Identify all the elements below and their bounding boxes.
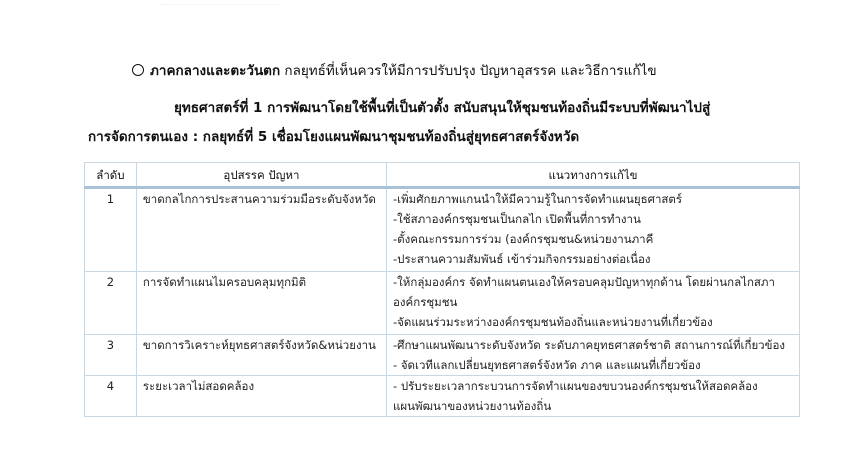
hollow-circle-bullet-icon xyxy=(132,64,144,76)
strategy-title-line-1: ยุทธศาสตร์ที่ 1 การพัฒนาโดยใช้พื้นที่เป็… xyxy=(174,99,710,117)
table-row: 1 ขาดกลไกการประสานความร่วมมือระดับจังหวั… xyxy=(85,188,800,272)
solution-line: -ให้กลุ่มองค์กร จัดทำแผนตนเองให้ครอบคลุม… xyxy=(393,272,793,292)
row-problem: ระยะเวลาไม่สอดคล้อง xyxy=(136,376,386,417)
table-header-row: ลำดับ อุปสรรค ปัญหา แนวทางการแก้ไข xyxy=(85,163,800,188)
row-number: 1 xyxy=(85,188,137,272)
row-problem: ขาดกลไกการประสานความร่วมมือระดับจังหวัด xyxy=(136,188,386,272)
solution-line: แผนพัฒนาของหน่วยงานท้องถิ่น xyxy=(393,396,793,416)
solution-line: องค์กรชุมชน xyxy=(393,292,793,312)
solution-line: -เพิ่มศักยภาพแกนนำให้มีความรู้ในการจัดทำ… xyxy=(393,189,793,209)
row-number: 3 xyxy=(85,335,137,376)
table-row: 4 ระยะเวลาไม่สอดคล้อง - ปรับระยะเวลากระบ… xyxy=(85,376,800,417)
solution-line: - จัดเวทีแลกเปลี่ยนยุทธศาสตร์จังหวัด ภาค… xyxy=(393,355,793,375)
region-label: ภาคกลางและตะวันตก xyxy=(150,63,280,79)
issues-table: ลำดับ อุปสรรค ปัญหา แนวทางการแก้ไข 1 ขาด… xyxy=(84,162,800,417)
row-problem: ขาดการวิเคราะห์ยุทธศาสตร์จังหวัด&หน่วยงา… xyxy=(136,335,386,376)
previous-content-fragment xyxy=(160,0,280,5)
strategy-title-line-2: การจัดการตนเอง : กลยุทธ์ที่ 5 เชื่อมโยงแ… xyxy=(88,128,579,146)
row-number: 4 xyxy=(85,376,137,417)
solution-line: -ประสานความสัมพันธ์ เข้าร่วมกิจกรรมอย่าง… xyxy=(393,249,793,269)
header-problem: อุปสรรค ปัญหา xyxy=(136,163,386,188)
solution-line: - ปรับระยะเวลากระบวนการจัดทำแผนของขบวนอง… xyxy=(393,376,793,396)
row-problem: การจัดทำแผนไมครอบคลุมทุกมิติ xyxy=(136,272,386,335)
region-description: กลยุทธ์ที่เห็นควรให้มีการปรับปรุง ปัญหาอ… xyxy=(280,63,656,79)
solution-line: -จัดแผนร่วมระหว่างองค์กรชุมชนท้องถิ่นและ… xyxy=(393,312,793,332)
row-solutions: -ศึกษาแผนพัฒนาระดับจังหวัด ระดับภาคยุทธศ… xyxy=(387,335,800,376)
solution-line: -ใช้สภาองค์กรชุมชนเป็นกลไก เปิดพื้นที่กา… xyxy=(393,209,793,229)
header-order: ลำดับ xyxy=(85,163,137,188)
row-number: 2 xyxy=(85,272,137,335)
table-row: 3 ขาดการวิเคราะห์ยุทธศาสตร์จังหวัด&หน่วย… xyxy=(85,335,800,376)
header-solution: แนวทางการแก้ไข xyxy=(387,163,800,188)
solution-line: -ตั้งคณะกรรมการร่วม (องค์กรชุมชน&หน่วยงา… xyxy=(393,229,793,249)
table-row: 2 การจัดทำแผนไมครอบคลุมทุกมิติ -ให้กลุ่ม… xyxy=(85,272,800,335)
region-heading: ภาคกลางและตะวันตก กลยุทธ์ที่เห็นควรให้มี… xyxy=(132,62,657,80)
row-solutions: - ปรับระยะเวลากระบวนการจัดทำแผนของขบวนอง… xyxy=(387,376,800,417)
row-solutions: -เพิ่มศักยภาพแกนนำให้มีความรู้ในการจัดทำ… xyxy=(387,188,800,272)
row-solutions: -ให้กลุ่มองค์กร จัดทำแผนตนเองให้ครอบคลุม… xyxy=(387,272,800,335)
solution-line: -ศึกษาแผนพัฒนาระดับจังหวัด ระดับภาคยุทธศ… xyxy=(393,335,793,355)
